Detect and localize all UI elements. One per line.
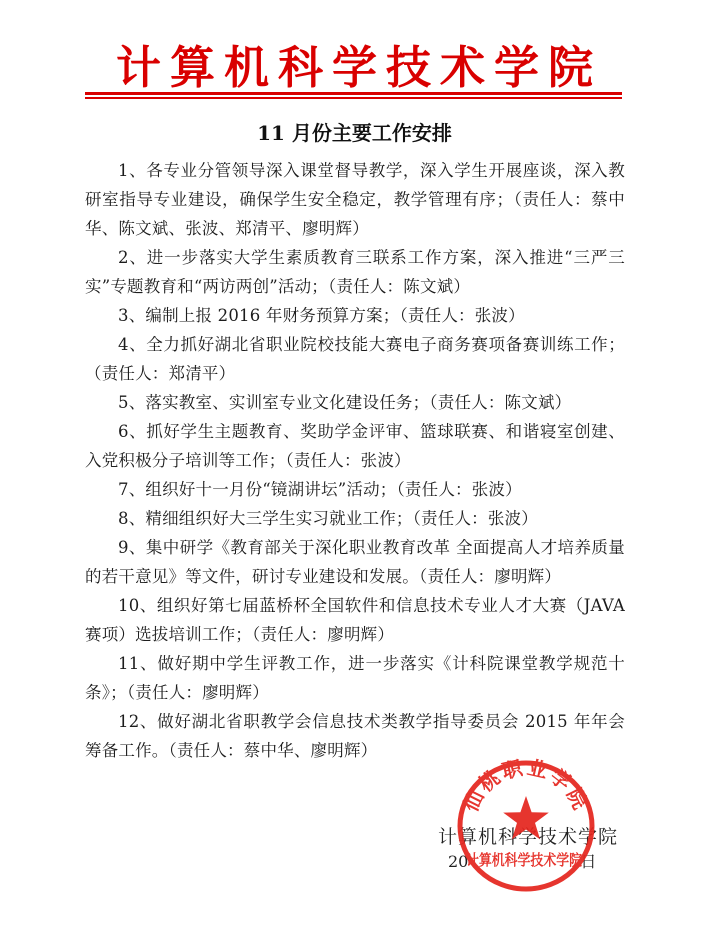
work-item: 1、各专业分管领导深入课堂督导教学，深入学生开展座谈，深入教研室指导专业建设，确… bbox=[85, 156, 625, 243]
divider-thin-line bbox=[85, 97, 622, 99]
work-item: 8、精细组织好大三学生实习就业工作；（责任人：张波） bbox=[85, 504, 625, 533]
work-item: 7、组织好十一月份“镜湖讲坛”活动；（责任人：张波） bbox=[85, 475, 625, 504]
stamp-star-icon bbox=[503, 796, 549, 839]
work-item: 2、进一步落实大学生素质教育三联系工作方案，深入推进“三严三实”专题教育和“两访… bbox=[85, 243, 625, 301]
work-item: 4、全力抓好湖北省职业院校技能大赛电子商务赛项备赛训练工作；（责任人：郑清平） bbox=[85, 330, 625, 388]
document-title: 11 月份主要工作安排 bbox=[0, 117, 709, 146]
letterhead-divider bbox=[85, 92, 622, 99]
work-item: 3、编制上报 2016 年财务预算方案；（责任人：张波） bbox=[85, 301, 625, 330]
divider-thick-line bbox=[85, 92, 622, 95]
stamp-center-text: 计算机科学技术学院 bbox=[466, 851, 582, 869]
official-stamp-seal: 仙桃职业学院 计算机科学技术学院 bbox=[454, 756, 598, 896]
document-page: 计算机科学技术学院 11 月份主要工作安排 1、各专业分管领导深入课堂督导教学，… bbox=[0, 0, 709, 925]
work-item: 5、落实教室、实训室专业文化建设任务；（责任人：陈文斌） bbox=[85, 388, 625, 417]
work-items-list: 1、各专业分管领导深入课堂督导教学，深入学生开展座谈，深入教研室指导专业建设，确… bbox=[85, 156, 625, 765]
work-item: 6、抓好学生主题教育、奖助学金评审、篮球联赛、和谐寝室创建、入党积极分子培训等工… bbox=[85, 417, 625, 475]
work-item: 11、做好期中学生评教工作，进一步落实《计科院课堂教学规范十条》；（责任人：廖明… bbox=[85, 649, 625, 707]
work-item: 9、集中研学《教育部关于深化职业教育改革 全面提高人才培养质量的若干意见》等文件… bbox=[85, 533, 625, 591]
letterhead-college-name: 计算机科学技术学院 bbox=[0, 31, 709, 96]
work-item: 10、组织好第七届蓝桥杯全国软件和信息技术专业人才大赛（JAVA 赛项）选拔培训… bbox=[85, 591, 625, 649]
